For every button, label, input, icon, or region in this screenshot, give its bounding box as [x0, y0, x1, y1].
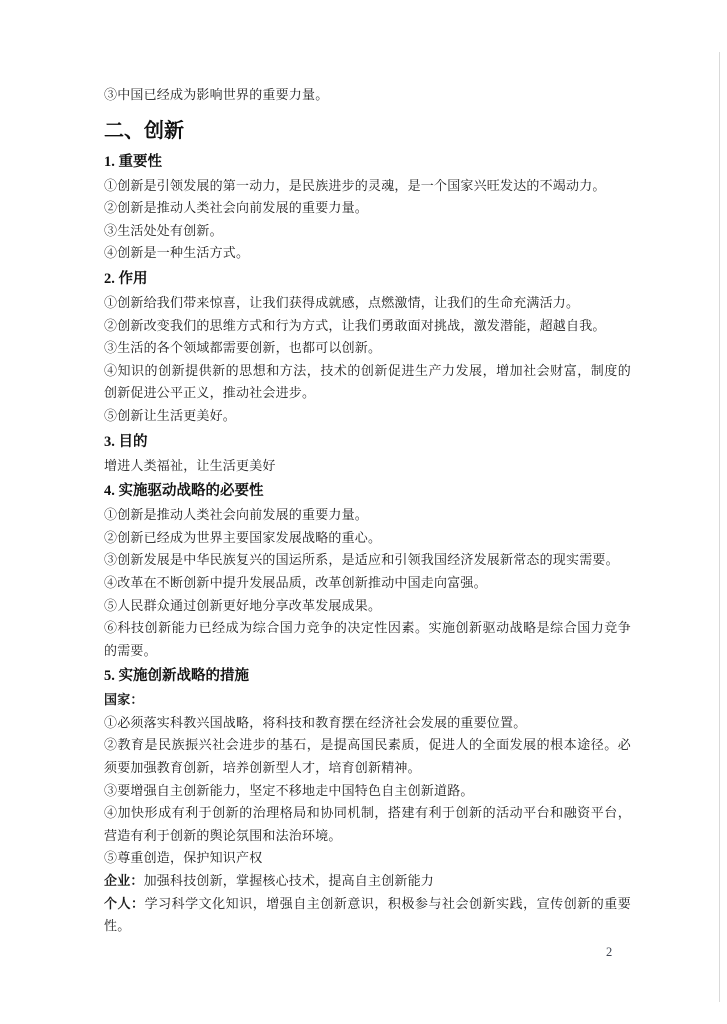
paragraph: ③要增强自主创新能力，坚定不移地走中国特色自主创新道路。 — [104, 780, 631, 803]
labeled-paragraph: 企业：加强科技创新，掌握核心技术，提高自主创新能力 — [104, 870, 631, 893]
paragraph: ③创新发展是中华民族复兴的国运所系，是适应和引领我国经济发展新常态的现实需要。 — [104, 549, 631, 572]
section-heading: 3. 目的 — [104, 431, 631, 453]
page-edge-line — [719, 52, 720, 1002]
paragraph: ④加快形成有利于创新的治理格局和协同机制，搭建有利于创新的活动平台和融资平台，营… — [104, 802, 631, 847]
paragraph: ①创新给我们带来惊喜，让我们获得成就感，点燃激情，让我们的生命充满活力。 — [104, 292, 631, 315]
paragraph: ⑤人民群众通过创新更好地分享改革发展成果。 — [104, 595, 631, 618]
paragraph: ②创新已经成为世界主要国家发展战略的重心。 — [104, 527, 631, 550]
paragraph: ①创新是引领发展的第一动力，是民族进步的灵魂，是一个国家兴旺发达的不竭动力。 — [104, 175, 631, 198]
intro-paragraph: ③中国已经成为影响世界的重要力量。 — [104, 84, 631, 107]
section-heading: 4. 实施驱动战略的必要性 — [104, 480, 631, 502]
paragraph-label: 个人： — [104, 896, 145, 911]
document-page: ③中国已经成为影响世界的重要力量。 二、创新 1. 重要性①创新是引领发展的第一… — [0, 0, 727, 1024]
paragraph-label: 国家： — [104, 692, 144, 707]
labeled-paragraph: 个人：学习科学文化知识，增强自主创新意识，积极参与社会创新实践，宣传创新的重要性… — [104, 893, 631, 938]
document-body: ③中国已经成为影响世界的重要力量。 二、创新 1. 重要性①创新是引领发展的第一… — [104, 84, 631, 938]
paragraph: ②创新是推动人类社会向前发展的重要力量。 — [104, 197, 631, 220]
paragraph: ①必须落实科教兴国战略，将科技和教育摆在经济社会发展的重要位置。 — [104, 712, 631, 735]
paragraph: ③生活处处有创新。 — [104, 220, 631, 243]
paragraph: ④知识的创新提供新的思想和方法，技术的创新促进生产力发展，增加社会财富，制度的创… — [104, 360, 631, 405]
labeled-paragraph: 国家： — [104, 689, 631, 712]
paragraph: ⑥科技创新能力已经成为综合国力竞争的决定性因素。实施创新驱动战略是综合国力竞争的… — [104, 617, 631, 662]
paragraph: ⑤创新让生活更美好。 — [104, 405, 631, 428]
paragraph: 增进人类福祉，让生活更美好 — [104, 455, 631, 478]
paragraph: ②教育是民族振兴社会进步的基石，是提高国民素质，促进人的全面发展的根本途径。必须… — [104, 734, 631, 779]
paragraph-label: 企业： — [104, 873, 144, 888]
paragraph: ④改革在不断创新中提升发展品质，改革创新推动中国走向富强。 — [104, 572, 631, 595]
paragraph: ②创新改变我们的思维方式和行为方式，让我们勇敢面对挑战，激发潜能，超越自我。 — [104, 315, 631, 338]
paragraph: ①创新是推动人类社会向前发展的重要力量。 — [104, 504, 631, 527]
page-number: 2 — [606, 944, 612, 960]
sections-container: 1. 重要性①创新是引领发展的第一动力，是民族进步的灵魂，是一个国家兴旺发达的不… — [104, 151, 631, 938]
paragraph: ⑤尊重创造，保护知识产权 — [104, 847, 631, 870]
section-heading: 1. 重要性 — [104, 151, 631, 173]
paragraph: ③生活的各个领域都需要创新，也都可以创新。 — [104, 337, 631, 360]
section-heading: 2. 作用 — [104, 268, 631, 290]
main-heading: 二、创新 — [104, 117, 631, 145]
paragraph: ④创新是一种生活方式。 — [104, 242, 631, 265]
section-heading: 5. 实施创新战略的措施 — [104, 665, 631, 687]
